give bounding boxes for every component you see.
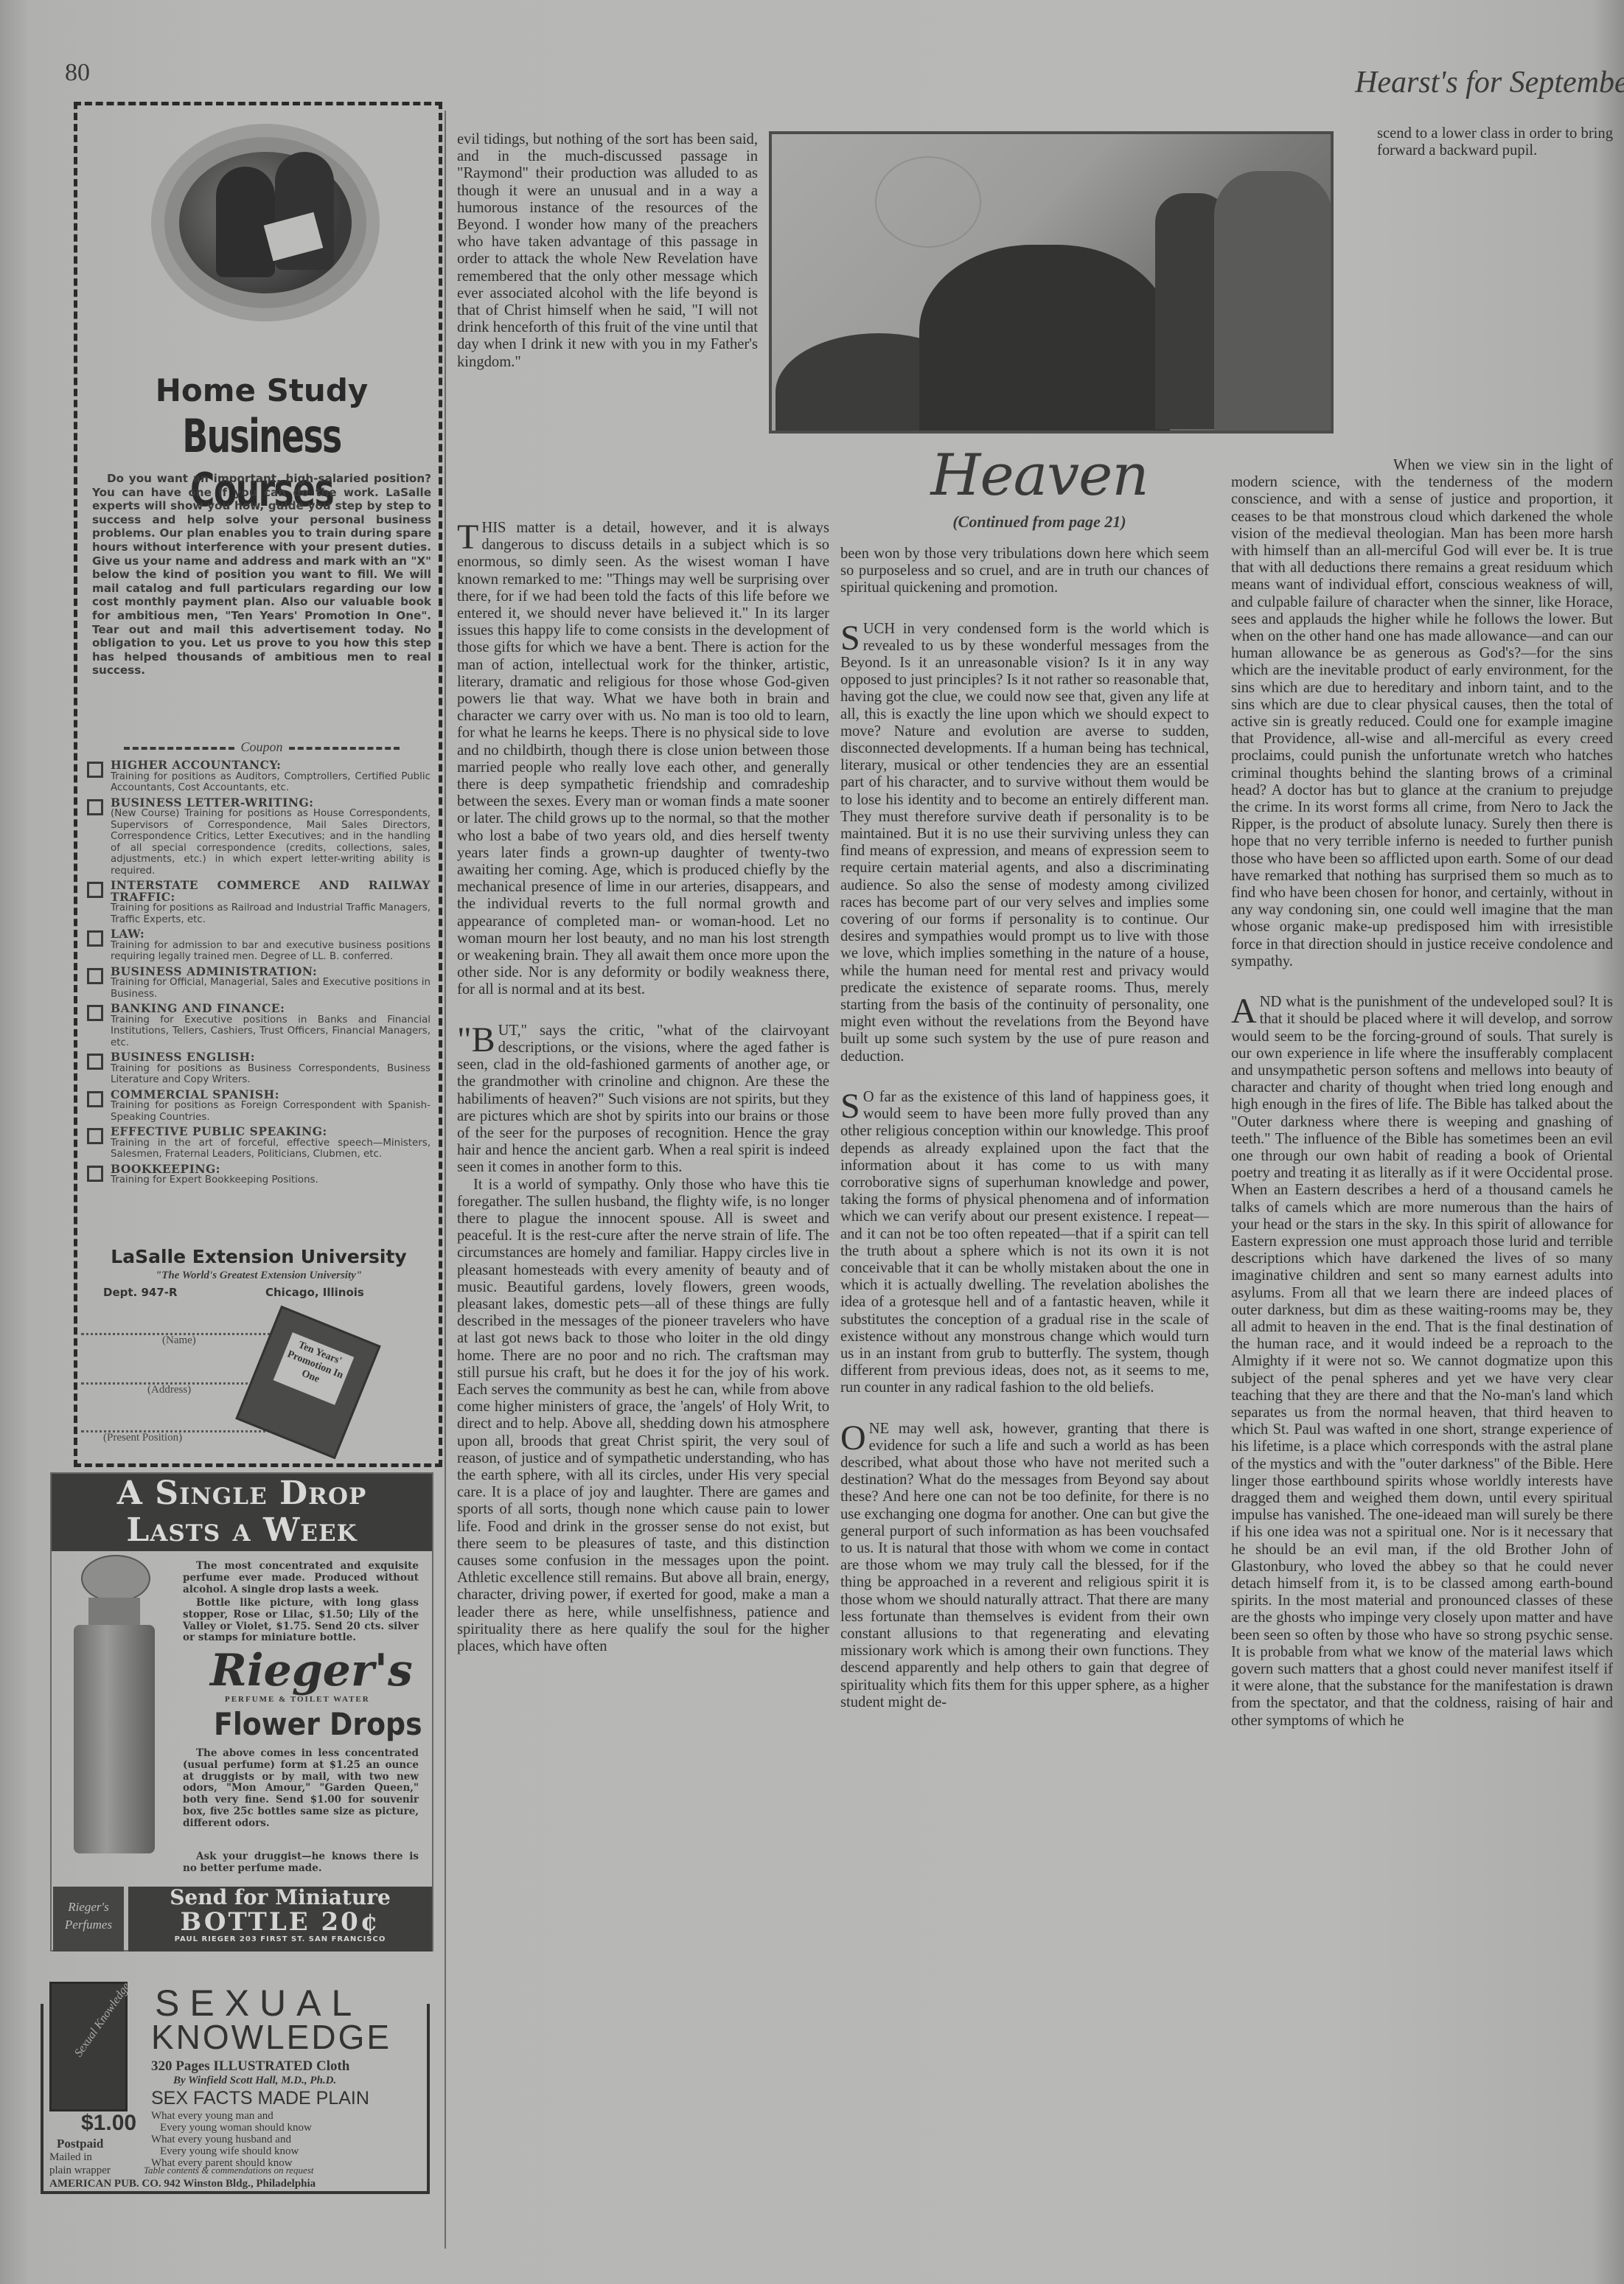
ad-line: Every young woman should know — [160, 2122, 312, 2134]
perfume-bottle-illustration — [66, 1555, 162, 1857]
article-column-3: been won by those very tribulations down… — [840, 546, 1209, 2263]
book-illustration: Sexual Knowledge — [49, 1982, 128, 2111]
ad-author: By Winfield Scott Hall, M.D., Ph.D. — [173, 2075, 336, 2087]
ad-body-text: Do you want an important, high-salaried … — [92, 472, 431, 678]
running-title: Hearst's for September — [1355, 65, 1624, 100]
course-option[interactable]: BUSINESS ENGLISH:Training for positions … — [87, 1051, 431, 1086]
checkbox[interactable] — [87, 968, 103, 984]
rieger-banner: A Single Drop Lasts a Week — [52, 1474, 432, 1551]
page-number: 80 — [65, 59, 90, 87]
wrapper-label: plain wrapper — [49, 2165, 111, 2177]
continued-note: (Continued from page 21) — [877, 512, 1202, 532]
course-option[interactable]: EFFECTIVE PUBLIC SPEAKING:Training in th… — [87, 1126, 431, 1160]
address-field-label: (Address) — [147, 1384, 191, 1396]
ad-headline: SEX FACTS MADE PLAIN — [151, 2088, 369, 2109]
course-option[interactable]: HIGHER ACCOUNTANCY:Training for position… — [87, 759, 431, 794]
send-for-miniature-banner: Send for Miniature BOTTLE 20¢ PAUL RIEGE… — [128, 1887, 432, 1952]
postpaid-label: Postpaid — [57, 2137, 103, 2151]
course-option[interactable]: INTERSTATE COMMERCE AND RAILWAY TRAFFIC:… — [87, 880, 431, 925]
position-field-label: (Present Position) — [103, 1432, 182, 1444]
coupon-divider: Coupon — [92, 739, 431, 755]
ad-subtitle: 320 Pages ILLUSTRATED Cloth — [151, 2058, 349, 2075]
article-column-2b: THIS matter is a detail, however, and it… — [457, 520, 829, 2260]
checkbox[interactable] — [87, 1005, 103, 1021]
checkbox[interactable] — [87, 762, 103, 778]
heaven-illustration — [769, 131, 1334, 434]
ad-line: What every young man and — [151, 2110, 273, 2123]
rieger-box-illustration: Rieger's Perfumes — [53, 1887, 124, 1952]
dropcap: T — [457, 520, 481, 552]
course-option[interactable]: BUSINESS LETTER-WRITING:(New Course) Tra… — [87, 797, 431, 877]
course-option[interactable]: BANKING AND FINANCE:Training for Executi… — [87, 1003, 431, 1048]
dropcap: S — [840, 621, 863, 653]
dropcap: "B — [457, 1023, 498, 1055]
checkbox[interactable] — [87, 1128, 103, 1144]
article-column-4b: When we view sin in the light of modern … — [1231, 457, 1613, 2241]
course-option[interactable]: LAW:Training for admission to bar and ex… — [87, 928, 431, 963]
rieger-brand-sub: PERFUME & TOILET WATER — [225, 1695, 370, 1704]
checkbox[interactable] — [87, 1166, 103, 1182]
checkbox[interactable] — [87, 799, 103, 815]
article-title: Heaven — [877, 442, 1202, 509]
article-column-4a: scend to a lower class in order to bring… — [1377, 125, 1613, 159]
dropcap: O — [840, 1421, 869, 1453]
course-option[interactable]: BOOKKEEPING:Training for Expert Bookkeep… — [87, 1163, 431, 1186]
university-name: LaSalle Extension University — [87, 1246, 431, 1267]
dropcap: A — [1231, 994, 1260, 1026]
course-checklist: HIGHER ACCOUNTANCY:Training for position… — [87, 759, 431, 1189]
publisher-address: AMERICAN PUB. CO. 942 Winston Bldg., Phi… — [49, 2178, 316, 2190]
rieger-text-4: Ask your druggist—he knows there is no b… — [183, 1851, 419, 1875]
checkbox[interactable] — [87, 882, 103, 898]
course-option[interactable]: BUSINESS ADMINISTRATION:Training for Off… — [87, 966, 431, 1000]
rieger-perfume-ad: A Single Drop Lasts a Week The most conc… — [50, 1472, 433, 1952]
businessmen-illustration — [151, 124, 380, 321]
checkbox[interactable] — [87, 1091, 103, 1107]
checkbox[interactable] — [87, 1054, 103, 1070]
sexual-knowledge-ad: Sexual Knowledge SEXUAL KNOWLEDGE 320 Pa… — [41, 1982, 430, 2203]
university-tagline: "The World's Greatest Extension Universi… — [87, 1270, 431, 1282]
name-field-label: (Name) — [162, 1334, 196, 1347]
university-city: Chicago, Illinois — [265, 1286, 364, 1299]
department-code: Dept. 947-R — [103, 1286, 178, 1299]
course-option[interactable]: COMMERCIAL SPANISH:Training for position… — [87, 1089, 431, 1124]
rieger-text-1: The most concentrated and exquisite perf… — [183, 1561, 419, 1595]
rieger-text-3: The above comes in less concentrated (us… — [183, 1748, 419, 1830]
table-note: Table contents & commendations on reques… — [144, 2165, 314, 2176]
mailed-label: Mailed in — [49, 2151, 92, 2164]
flower-drops-title: Flower Drops — [214, 1706, 422, 1742]
ad-headline-home-study: Home Study — [88, 372, 435, 408]
price: $1.00 — [81, 2111, 136, 2136]
rieger-brand: Rieger's — [210, 1645, 413, 1696]
ad-title-knowledge: KNOWLEDGE — [151, 2017, 391, 2057]
column-rule — [445, 111, 446, 2249]
coupon-label: Coupon — [240, 739, 282, 754]
ad-line: What every young husband and — [151, 2134, 291, 2146]
dropcap: S — [840, 1089, 863, 1121]
article-column-2a: evil tidings, but nothing of the sort ha… — [457, 131, 758, 371]
ad-line: Every young wife should know — [160, 2145, 299, 2158]
magazine-page: 80 Hearst's for September Home Study Bus… — [0, 0, 1624, 2284]
checkbox[interactable] — [87, 930, 103, 947]
rieger-text-2: Bottle like picture, with long glass sto… — [183, 1598, 419, 1644]
